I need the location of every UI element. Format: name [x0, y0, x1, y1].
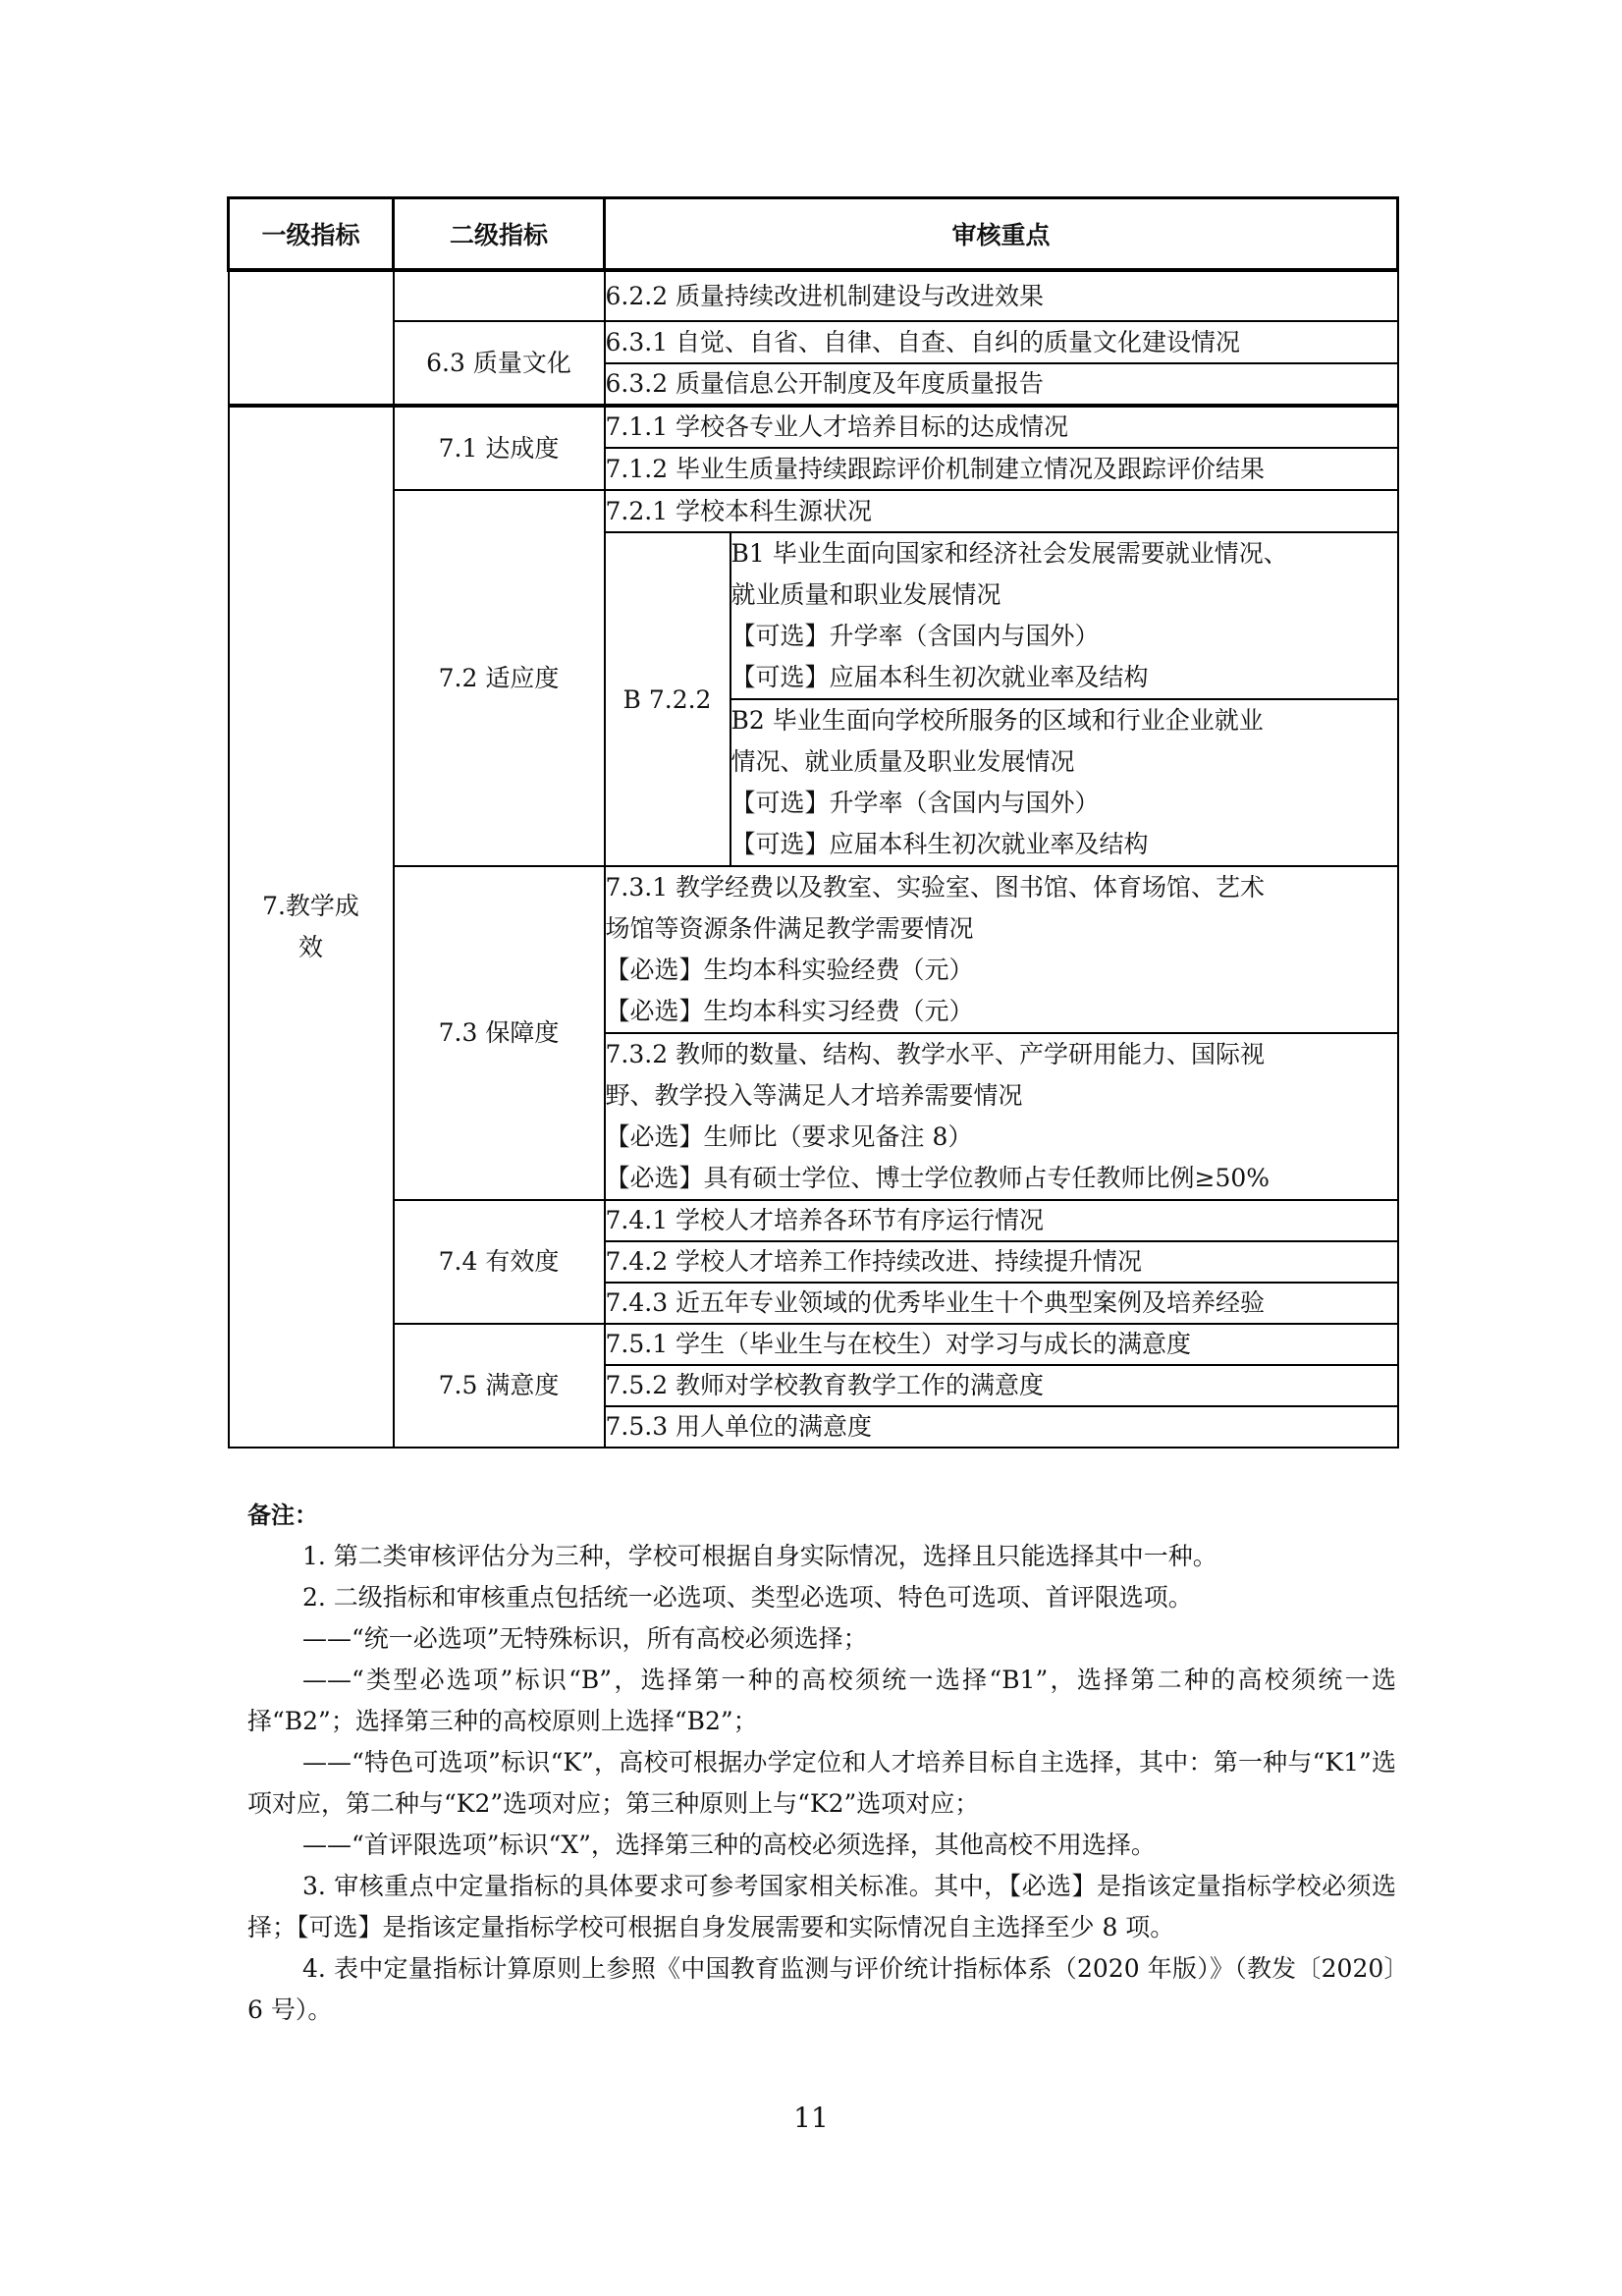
review-item-7-4-2: 7.4.2 学校人才培养工作持续改进、持续提升情况 — [605, 1241, 1398, 1283]
level2-7-2: 7.2 适应度 — [394, 490, 605, 866]
review-indicator-table: 一级指标 二级指标 审核重点 6.2.2 质量持续改进机制建设与改进效果 6.3… — [227, 196, 1399, 1449]
item-7-3-2-line2: 野、教学投入等满足人才培养需要情况 — [606, 1075, 1397, 1117]
b1-optional-2: 【可选】应届本科生初次就业率及结构 — [731, 657, 1397, 698]
b2-line2: 情况、就业质量及职业发展情况 — [731, 741, 1397, 783]
level2-7-1: 7.1 达成度 — [394, 406, 605, 490]
note-2: 2. 二级指标和审核重点包括统一必选项、类型必选项、特色可选项、首评限选项。 — [247, 1577, 1396, 1618]
table-header-row: 一级指标 二级指标 审核重点 — [229, 198, 1398, 271]
item-7-3-2-line1: 7.3.2 教师的数量、结构、教学水平、产学研用能力、国际视 — [606, 1034, 1397, 1075]
review-item-7-1-1: 7.1.1 学校各专业人才培养目标的达成情况 — [605, 406, 1398, 448]
page-number: 11 — [0, 2102, 1622, 2134]
review-item-b1: B1 毕业生面向国家和经济社会发展需要就业情况、 就业质量和职业发展情况 【可选… — [730, 532, 1398, 699]
notes-title: 备注： — [247, 1495, 1396, 1536]
item-7-3-2-required-2: 【必选】具有硕士学位、博士学位教师占专任教师比例≥50% — [606, 1158, 1397, 1199]
type-required-label-7-2-2: B 7.2.2 — [605, 532, 730, 866]
b1-line2: 就业质量和职业发展情况 — [731, 574, 1397, 616]
header-review-focus: 审核重点 — [605, 198, 1398, 271]
review-item-7-4-1: 7.4.1 学校人才培养各环节有序运行情况 — [605, 1200, 1398, 1241]
b2-line1: B2 毕业生面向学校所服务的区域和行业企业就业 — [731, 700, 1397, 741]
note-2-first-review-limited: ——“首评限选项”标识“X”，选择第三种的高校必须选择，其他高校不用选择。 — [247, 1825, 1396, 1866]
note-3: 3. 审核重点中定量指标的具体要求可参考国家相关标准。其中，【必选】是指该定量指… — [247, 1866, 1396, 1948]
review-item-7-1-2: 7.1.2 毕业生质量持续跟踪评价机制建立情况及跟踪评价结果 — [605, 448, 1398, 490]
item-7-3-1-required-1: 【必选】生均本科实验经费（元） — [606, 950, 1397, 991]
note-2-unified-required: ——“统一必选项”无特殊标识，所有高校必须选择； — [247, 1618, 1396, 1660]
level2-7-3: 7.3 保障度 — [394, 866, 605, 1200]
level1-section6 — [229, 270, 394, 406]
level1-label-line2: 效 — [230, 927, 393, 968]
note-4: 4. 表中定量指标计算原则上参照《中国教育监测与评价统计指标体系（2020 年版… — [247, 1948, 1396, 2031]
table-row: 6.3 质量文化 6.3.1 自觉、自省、自律、自查、自纠的质量文化建设情况 — [229, 321, 1398, 363]
item-7-3-2-required-1: 【必选】生师比（要求见备注 8） — [606, 1117, 1397, 1158]
review-item-7-5-3: 7.5.3 用人单位的满意度 — [605, 1406, 1398, 1448]
b1-optional-1: 【可选】升学率（含国内与国外） — [731, 616, 1397, 657]
table-row: 7.4 有效度 7.4.1 学校人才培养各环节有序运行情况 — [229, 1200, 1398, 1241]
review-item-7-3-2: 7.3.2 教师的数量、结构、教学水平、产学研用能力、国际视 野、教学投入等满足… — [605, 1033, 1398, 1200]
b2-optional-2: 【可选】应届本科生初次就业率及结构 — [731, 824, 1397, 865]
table-row: 7.2 适应度 7.2.1 学校本科生源状况 — [229, 490, 1398, 532]
level1-section7: 7.教学成 效 — [229, 406, 394, 1448]
note-2-featured-optional: ——“特色可选项”标识“K”，高校可根据办学定位和人才培养目标自主选择，其中：第… — [247, 1742, 1396, 1825]
review-item-6-3-2: 6.3.2 质量信息公开制度及年度质量报告 — [605, 363, 1398, 406]
notes-section: 备注： 1. 第二类审核评估分为三种，学校可根据自身实际情况，选择且只能选择其中… — [247, 1495, 1396, 2031]
level2-cell — [394, 270, 605, 321]
item-7-3-1-line1: 7.3.1 教学经费以及教室、实验室、图书馆、体育场馆、艺术 — [606, 867, 1397, 908]
table-row: 6.2.2 质量持续改进机制建设与改进效果 — [229, 270, 1398, 321]
item-7-3-1-line2: 场馆等资源条件满足教学需要情况 — [606, 908, 1397, 950]
note-2-type-required: ——“类型必选项”标识“B”，选择第一种的高校须统一选择“B1”，选择第二种的高… — [247, 1660, 1396, 1742]
review-item-6-2-2: 6.2.2 质量持续改进机制建设与改进效果 — [605, 270, 1398, 321]
level2-7-5: 7.5 满意度 — [394, 1324, 605, 1448]
b2-optional-1: 【可选】升学率（含国内与国外） — [731, 783, 1397, 824]
item-7-3-1-required-2: 【必选】生均本科实习经费（元） — [606, 991, 1397, 1032]
header-level1: 一级指标 — [229, 198, 394, 271]
review-item-7-3-1: 7.3.1 教学经费以及教室、实验室、图书馆、体育场馆、艺术 场馆等资源条件满足… — [605, 866, 1398, 1033]
review-item-6-3-1: 6.3.1 自觉、自省、自律、自查、自纠的质量文化建设情况 — [605, 321, 1398, 363]
review-item-7-5-2: 7.5.2 教师对学校教育教学工作的满意度 — [605, 1365, 1398, 1406]
review-item-7-4-3: 7.4.3 近五年专业领域的优秀毕业生十个典型案例及培养经验 — [605, 1283, 1398, 1324]
table-row: 7.5 满意度 7.5.1 学生（毕业生与在校生）对学习与成长的满意度 — [229, 1324, 1398, 1365]
table-row: 7.3 保障度 7.3.1 教学经费以及教室、实验室、图书馆、体育场馆、艺术 场… — [229, 866, 1398, 1033]
review-item-7-5-1: 7.5.1 学生（毕业生与在校生）对学习与成长的满意度 — [605, 1324, 1398, 1365]
table-row: 7.教学成 效 7.1 达成度 7.1.1 学校各专业人才培养目标的达成情况 — [229, 406, 1398, 448]
level2-6-3: 6.3 质量文化 — [394, 321, 605, 406]
review-item-b2: B2 毕业生面向学校所服务的区域和行业企业就业 情况、就业质量及职业发展情况 【… — [730, 699, 1398, 866]
header-level2: 二级指标 — [394, 198, 605, 271]
note-1: 1. 第二类审核评估分为三种，学校可根据自身实际情况，选择且只能选择其中一种。 — [247, 1536, 1396, 1577]
b1-line1: B1 毕业生面向国家和经济社会发展需要就业情况、 — [731, 533, 1397, 574]
review-item-7-2-1: 7.2.1 学校本科生源状况 — [605, 490, 1398, 532]
level2-7-4: 7.4 有效度 — [394, 1200, 605, 1324]
document-page: 一级指标 二级指标 审核重点 6.2.2 质量持续改进机制建设与改进效果 6.3… — [0, 0, 1622, 2296]
level1-label-line1: 7.教学成 — [230, 886, 393, 927]
